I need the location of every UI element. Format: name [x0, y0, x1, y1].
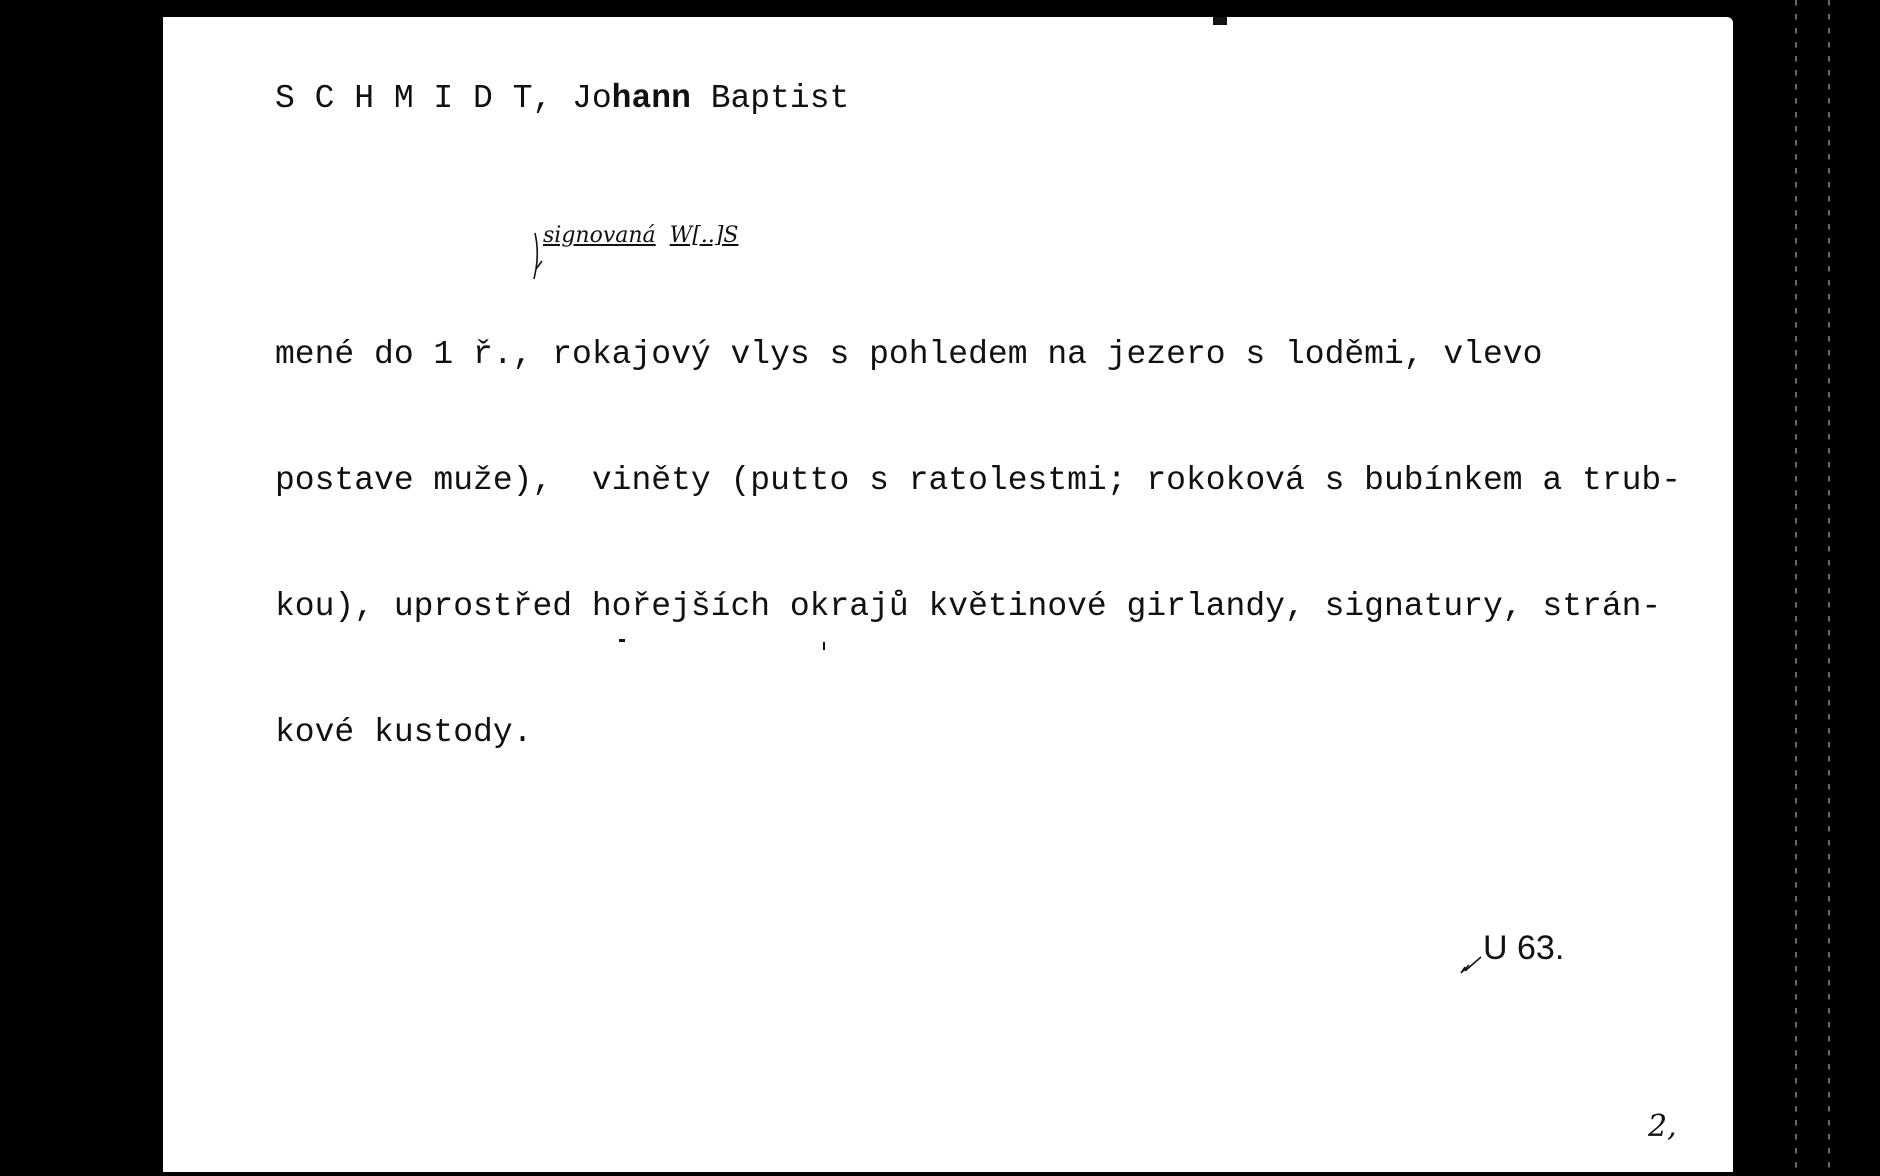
scan-speck — [823, 642, 825, 650]
scan-speck — [1213, 17, 1227, 25]
insertion-mark-icon — [533, 229, 543, 281]
given-name-prefix: Jo — [572, 80, 612, 117]
handwritten-annotation: signovaná W[..]S — [543, 223, 739, 248]
given-name-suffix: Baptist — [691, 80, 849, 117]
author-surname: S C H M I D T — [275, 80, 532, 117]
card-description: mené do 1 ř., rokajový vlys s pohledem n… — [275, 255, 1681, 833]
heading-separator: , — [532, 80, 572, 117]
card-heading: S C H M I D T, Johann Baptist — [275, 79, 849, 119]
annotation-initials: W[..]S — [670, 223, 739, 248]
call-number: U 63. — [1483, 929, 1564, 968]
scan-edge-dots — [1795, 0, 1797, 1176]
description-line: kou), uprostřed hořejších okrajů květino… — [275, 581, 1681, 633]
scan-speck — [619, 639, 625, 642]
scan-edge-dots — [1828, 0, 1830, 1176]
description-line: postave muže), viněty (putto s ratolestm… — [275, 455, 1681, 507]
page-mark: 2, — [1648, 1109, 1677, 1144]
description-line: kové kustody. — [275, 707, 1681, 759]
check-mark-icon — [1459, 947, 1485, 977]
annotation-word: signovaná — [543, 223, 656, 248]
catalog-card: S C H M I D T, Johann Baptist mené do 1 … — [163, 17, 1733, 1172]
description-line: mené do 1 ř., rokajový vlys s pohledem n… — [275, 329, 1681, 381]
given-name-overstrike: hann — [612, 80, 691, 117]
